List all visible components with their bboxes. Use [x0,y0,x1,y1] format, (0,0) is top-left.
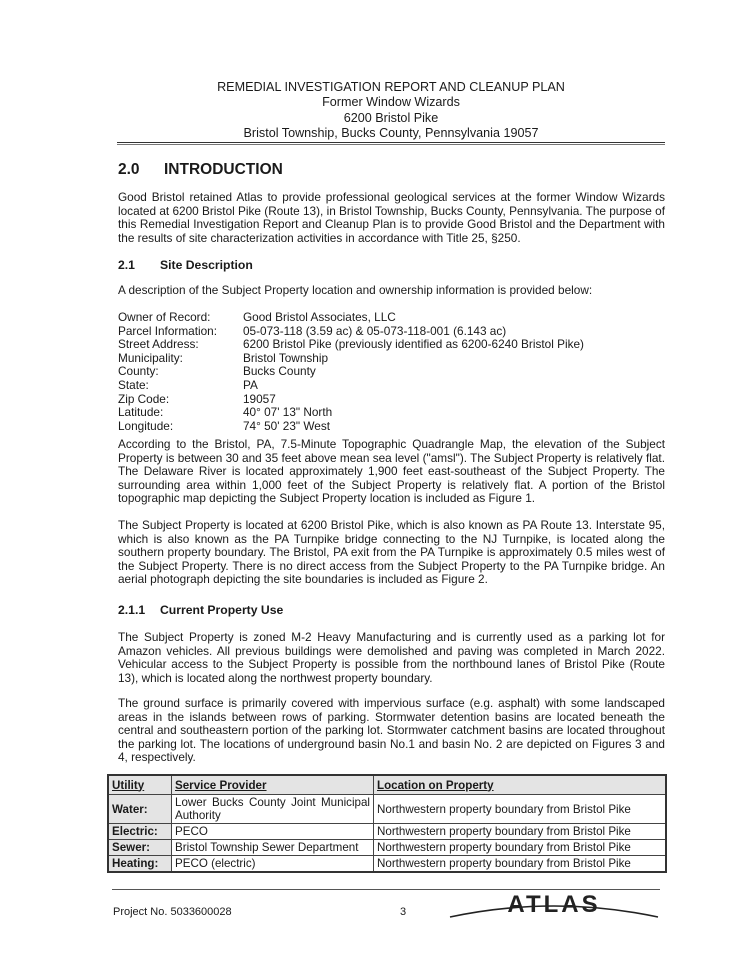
subsection-title: Current Property Use [160,603,283,617]
header-address: 6200 Bristol Pike [117,111,665,126]
utility-cell: Heating: [108,856,172,873]
info-row-state: State:PA [118,379,584,393]
info-row-municipality: Municipality:Bristol Township [118,352,584,366]
site-info-list: Owner of Record:Good Bristol Associates,… [118,311,584,433]
utility-cell: Sewer: [108,840,172,856]
info-row-zip: Zip Code:19057 [118,393,584,407]
section-number: 2.0 [118,161,164,179]
page-number: 3 [400,906,406,918]
svg-text:ATLAS: ATLAS [507,891,600,918]
footer-divider [112,889,660,890]
location-cell: Northwestern property boundary from Bris… [374,856,667,873]
location-cell: Northwestern property boundary from Bris… [374,824,667,840]
table-row: Water: Lower Bucks County Joint Municipa… [108,795,666,824]
table-row: Sewer: Bristol Township Sewer Department… [108,840,666,856]
info-row-street: Street Address:6200 Bristol Pike (previo… [118,338,584,352]
zoning-paragraph: The Subject Property is zoned M-2 Heavy … [118,631,665,685]
info-row-parcel: Parcel Information:05-073-118 (3.59 ac) … [118,325,584,339]
location-cell: Northwestern property boundary from Bris… [374,840,667,856]
info-row-longitude: Longitude:74° 50' 23" West [118,420,584,434]
section-title: INTRODUCTION [164,161,283,178]
utility-cell: Electric: [108,824,172,840]
document-page: REMEDIAL INVESTIGATION REPORT AND CLEANU… [0,0,742,960]
column-header-provider: Service Provider [172,775,374,795]
header-title: REMEDIAL INVESTIGATION REPORT AND CLEANU… [117,80,665,95]
utility-cell: Water: [108,795,172,824]
subsection-heading-current-use: 2.1.1Current Property Use [118,603,283,617]
column-header-location: Location on Property [374,775,667,795]
atlas-logo-icon: ATLAS [448,891,660,919]
utility-table: Utility Service Provider Location on Pro… [107,774,667,873]
project-number: Project No. 5033600028 [113,906,232,918]
ground-surface-paragraph: The ground surface is primarily covered … [118,697,665,765]
provider-cell: Lower Bucks County Joint Municipal Autho… [172,795,374,824]
provider-cell: PECO (electric) [172,856,374,873]
location-cell: Northwestern property boundary from Bris… [374,795,667,824]
site-description-lead: A description of the Subject Property lo… [118,284,665,298]
provider-cell: PECO [172,824,374,840]
report-header: REMEDIAL INVESTIGATION REPORT AND CLEANU… [117,80,665,141]
info-row-latitude: Latitude:40° 07' 13" North [118,406,584,420]
column-header-utility: Utility [108,775,172,795]
header-divider [117,142,665,145]
table-row: Electric: PECO Northwestern property bou… [108,824,666,840]
subsection-number: 2.1 [118,258,160,272]
table-header-row: Utility Service Provider Location on Pro… [108,775,666,795]
header-site-name: Former Window Wizards [117,95,665,110]
topography-paragraph: According to the Bristol, PA, 7.5-Minute… [118,438,665,506]
provider-cell: Bristol Township Sewer Department [172,840,374,856]
subsection-number: 2.1.1 [118,603,160,617]
subsection-heading-site-description: 2.1Site Description [118,258,253,272]
location-paragraph: The Subject Property is located at 6200 … [118,519,665,587]
info-row-owner: Owner of Record:Good Bristol Associates,… [118,311,584,325]
section-heading-introduction: 2.0INTRODUCTION [118,161,283,179]
table-row: Heating: PECO (electric) Northwestern pr… [108,856,666,873]
info-row-county: County:Bucks County [118,365,584,379]
intro-paragraph: Good Bristol retained Atlas to provide p… [118,191,665,245]
subsection-title: Site Description [160,258,253,272]
header-location: Bristol Township, Bucks County, Pennsylv… [117,126,665,141]
